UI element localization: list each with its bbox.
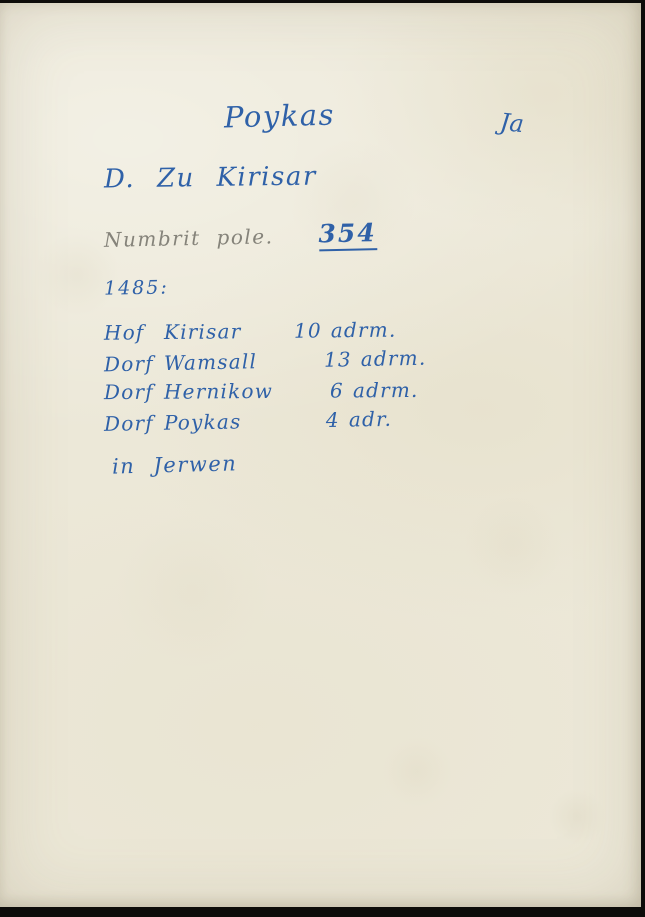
list-item: Dorf Hernikow 6 adrm. [104,378,427,410]
list-item: Dorf Wamsall 13 adrm. [104,346,427,383]
page-title: Poykas [224,98,336,135]
entry-name: Poykas [164,409,286,435]
entry-count: 4 [326,408,340,432]
pencil-row: Numbrit pole. 354 [104,218,377,256]
entry-unit: adr. [349,407,393,432]
list-item: Dorf Poykas 4 adr. [104,406,427,442]
entry-count: 13 [324,347,352,372]
entry-type: Dorf [104,411,164,436]
entry-type: Dorf [104,351,164,376]
entry-name: Kirisar [164,319,286,344]
entry-count: 6 [330,378,344,402]
entry-name: Hernikow [164,379,286,404]
paper-sheet: Poykas Ja D. Zu Kirisar Numbrit pole. 35… [0,3,641,907]
estate-heading: D. Zu Kirisar [104,162,317,195]
settlement-list: Hof Kirisar 10 adrm. Dorf Wamsall 13 adr… [104,319,426,439]
corner-mark: Ja [499,108,526,138]
entry-count: 10 [294,318,322,342]
entry-unit: adrm. [331,318,397,343]
entry-type: Dorf [104,380,164,404]
entry-unit: adrm. [361,346,427,371]
entry-type: Hof [104,320,164,345]
pencil-note: Numbrit pole. [104,224,274,252]
year-heading: 1485: [104,276,169,299]
page-number: 354 [318,218,377,251]
scanned-page: Poykas Ja D. Zu Kirisar Numbrit pole. 35… [0,0,645,917]
entry-unit: adrm. [353,378,419,402]
region-note: in Jerwen [112,451,238,478]
entry-name: Wamsall [164,349,286,376]
